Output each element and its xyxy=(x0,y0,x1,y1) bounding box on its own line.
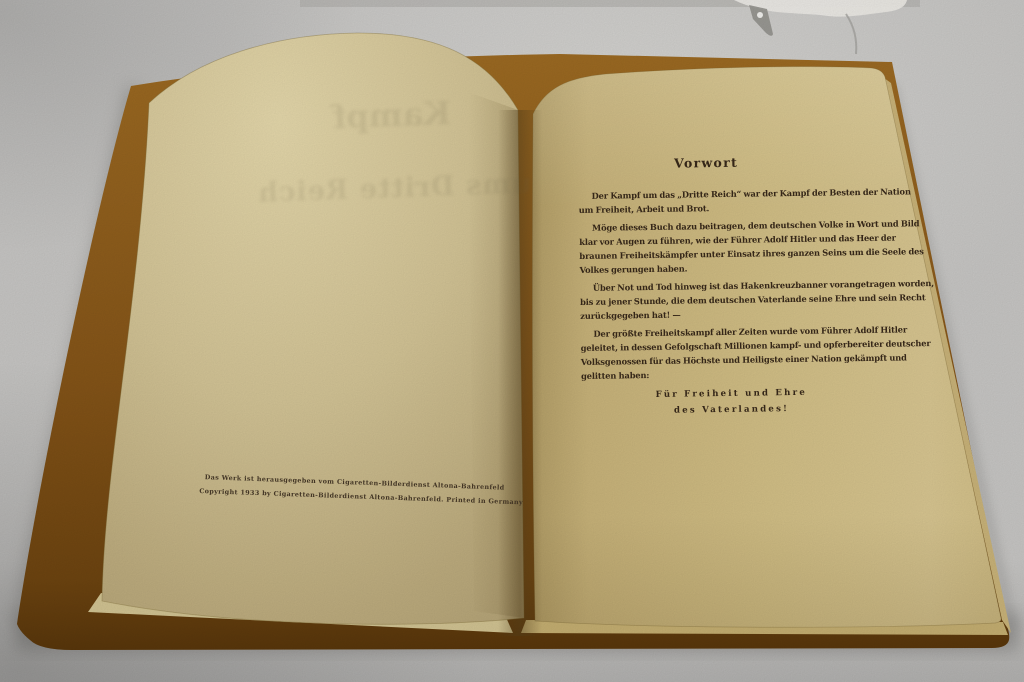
left-page xyxy=(102,33,524,624)
book-photograph: Kampf ums Dritte Reich Das Werk ist hera… xyxy=(0,0,1024,682)
gutter-crease xyxy=(498,110,542,636)
scene-art xyxy=(0,0,1024,682)
